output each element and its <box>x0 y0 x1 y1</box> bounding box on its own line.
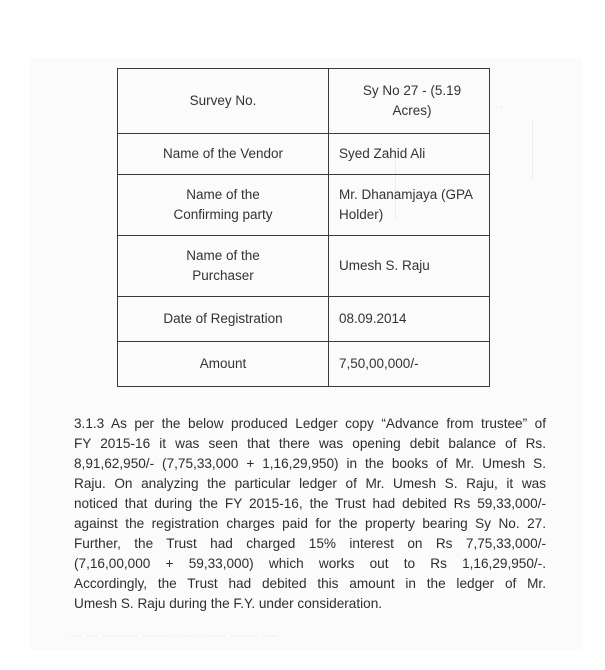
table-row: Name of the Vendor Syed Zahid Ali <box>118 134 490 175</box>
table-row: Name of the Confirming party Mr. Dhanamj… <box>118 175 490 236</box>
table-row: Survey No. Sy No 27 - (5.19 Acres) <box>118 69 490 134</box>
paragraph-line: Umesh S. Raju during the F.Y. under cons… <box>74 594 546 614</box>
table-value-cell: Sy No 27 - (5.19 Acres) <box>329 69 490 134</box>
table-row: Amount 7,50,00,000/- <box>118 342 490 387</box>
table-label-cell: Name of the Vendor <box>118 134 329 175</box>
table-value-cell: 7,50,00,000/- <box>329 342 490 387</box>
table-label-cell: Date of Registration <box>118 297 329 342</box>
paragraph-line: Accordingly, the Trust had debited this … <box>74 574 546 594</box>
table-label-cell: Survey No. <box>118 69 329 134</box>
paragraph-line: Raju. On analyzing the particular ledger… <box>74 474 546 494</box>
paragraph-line: noticed that during the FY 2015-16, the … <box>74 494 546 514</box>
table-value-cell: Mr. Dhanamjaya (GPA Holder) <box>329 175 490 236</box>
table-value-cell: Umesh S. Raju <box>329 236 490 297</box>
bleed-through-text: .. <box>495 96 503 111</box>
table-row: Date of Registration 08.09.2014 <box>118 297 490 342</box>
paragraph-line: Further, the Trust had charged 15% inter… <box>74 534 546 554</box>
table-label-cell: Name of the Confirming party <box>118 175 329 236</box>
table-label-cell: Name of the Purchaser <box>118 236 329 297</box>
table-row: Name of the Purchaser Umesh S. Raju <box>118 236 490 297</box>
table-label-cell: Amount <box>118 342 329 387</box>
paragraph-line: 8,91,62,950/- (7,75,33,000 + 1,16,29,950… <box>74 454 546 474</box>
paragraph-line: (7,16,00,000 + 59,33,000) which works ou… <box>74 554 546 574</box>
table-value-cell: 08.09.2014 <box>329 297 490 342</box>
paragraph-line: FY 2015-16 it was seen that there was op… <box>74 434 546 454</box>
paragraph-3-1-3: 3.1.3 As per the below produced Ledger c… <box>74 414 546 614</box>
bleed-through-mark <box>532 120 533 180</box>
paragraph-line: 3.1.3 As per the below produced Ledger c… <box>74 414 546 434</box>
bleed-through-text: ... ... ......... ........ ..... ...... … <box>70 625 279 640</box>
property-details-table: Survey No. Sy No 27 - (5.19 Acres) Name … <box>117 68 490 387</box>
table-value-cell: Syed Zahid Ali <box>329 134 490 175</box>
paragraph-line: against the registration charges paid fo… <box>74 514 546 534</box>
